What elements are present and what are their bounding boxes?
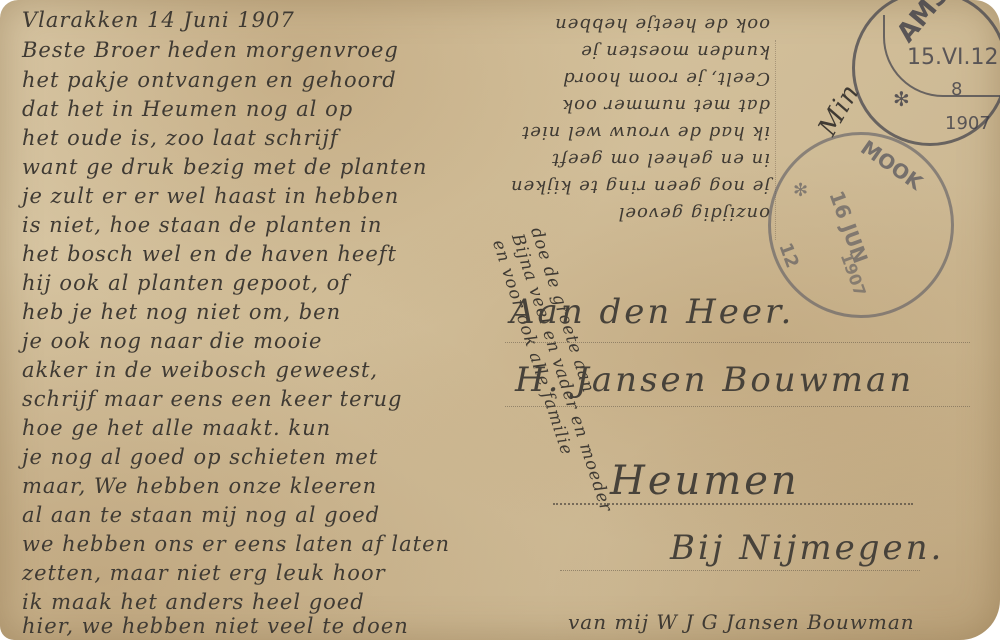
note-line: je nog geen ring te kijken [430,176,770,197]
letter-line: dat het in Heumen nog al op [22,99,353,120]
letter-line: het bosch wel en de haven heeft [22,244,397,265]
note-line: ook de heetje hebben [430,14,770,35]
note-line: dat met nummer ook [430,95,770,116]
postmark-star-icon: ✻ [793,180,808,201]
letter-line: heb je het nog niet om, ben [22,302,341,323]
letter-line: we hebben ons er eens laten af laten [22,534,450,555]
address-line-3: Heumen [610,458,800,504]
letter-line: je nog al goed op schieten met [22,447,378,468]
address-rule [505,342,970,343]
note-line: in en geheel om geeft [430,149,770,170]
letter-line: maar, We hebben onze kleeren [22,476,377,497]
note-line: kunden moesten je [430,41,770,62]
note-line: ik had de vrouw wel niet [430,122,770,143]
note-line: onzijdig gevoel [430,203,770,224]
postmark-amsterdam: AMS 15.VI.12 8 1907 ✻ [852,0,1000,146]
letter-line: want ge druk bezig met de planten [22,157,427,178]
letter-line: Vlarakken 14 Juni 1907 [22,10,295,31]
letter-line: is niet, hoe staan de planten in [22,215,382,236]
address-line-4: Bij Nijmegen. [670,528,944,568]
letter-line: hoe ge het alle maakt. kun [22,418,331,439]
postmark-hour: 8 [951,79,962,100]
sender-line: van mij W J G Jansen Bouwman [568,610,915,634]
postmark-year: 1907 [945,113,991,134]
letter-line: akker in de weibosch geweest, [22,360,378,381]
letter-line: je zult er er wel haast in hebben [22,186,399,207]
postcard: Vlarakken 14 Juni 1907 Beste Broer heden… [0,0,1000,640]
letter-line: hij ook al planten gepoot, of [22,273,349,294]
letter-line: het pakje ontvangen en gehoord [22,70,397,91]
address-line-2: H. Jansen Bouwman [515,360,914,400]
address-line-1: Aan den Heer. [510,292,794,332]
letter-line: schrijf maar eens een keer terug [22,389,403,410]
letter-line: het oude is, zoo laat schrijf [22,128,339,149]
note-line: Ceelt, je room hoord [430,68,770,89]
letter-line: je ook nog naar die mooie [22,331,322,352]
postmark-mook: MOOK 16 JUN 12 ✻ 1907 [768,132,954,318]
postmark-time: 12 [774,240,802,271]
upside-down-note: onzijdig gevoel je nog geen ring te kijk… [430,8,770,224]
letter-line: hier, we hebben niet veel te doen [22,616,409,637]
address-rule [560,570,920,571]
postmark-date: 15.VI.12 [907,45,999,70]
letter-line: al aan te staan mij nog al goed [22,505,380,526]
letter-line: zetten, maar niet erg leuk hoor [22,563,386,584]
address-rule [505,406,970,407]
letter-line: Beste Broer heden morgenvroeg [22,40,399,61]
letter-line: ik maak het anders heel goed [22,592,365,613]
postmark-star-icon: ✻ [893,87,910,111]
